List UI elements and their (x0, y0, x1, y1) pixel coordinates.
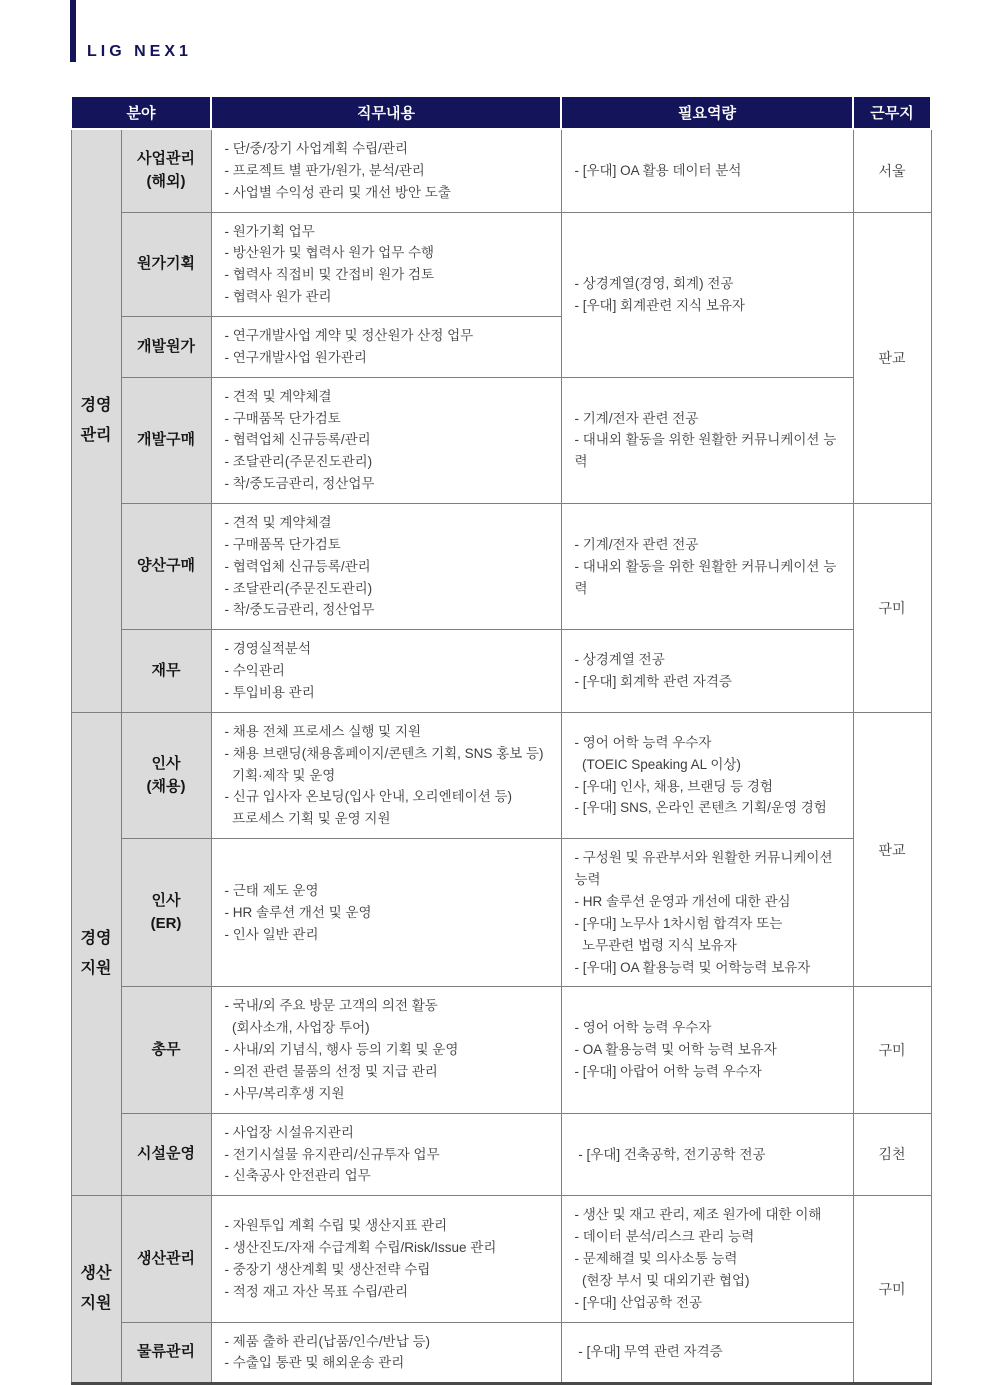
location-cell: 구미 (853, 987, 931, 1113)
field-group-management: 경영 관리 (71, 129, 121, 712)
table-row: 원가기획 - 원가기획 업무 - 방산원가 및 협력사 원가 업무 수행 - 협… (71, 212, 931, 316)
category-facility-operation: 시설운영 (121, 1113, 211, 1196)
table-row: 물류관리 - 제품 출하 관리(납품/인수/반납 등) - 수출입 통관 및 해… (71, 1322, 931, 1384)
category-general-affairs: 총무 (121, 987, 211, 1113)
job-cell: - 채용 전체 프로세스 실행 및 지원 - 채용 브랜딩(채용홈페이지/콘텐츠… (211, 712, 561, 838)
logo-accent-bar (70, 0, 76, 62)
skills-cell: - 영어 어학 능력 우수자 - OA 활용능력 및 어학 능력 보유자 - [… (561, 987, 853, 1113)
location-cell: 판교 (853, 212, 931, 503)
skills-cell: - 영어 어학 능력 우수자 (TOEIC Speaking AL 이상) - … (561, 712, 853, 838)
table-row: 경영 관리 사업관리 (해외) - 단/중/장기 사업계획 수립/관리 - 프로… (71, 129, 931, 212)
header-skills: 필요역량 (561, 96, 853, 129)
job-cell: - 사업장 시설유지관리 - 전기시설물 유지관리/신규투자 업무 - 신축공사… (211, 1113, 561, 1196)
category-logistics: 물류관리 (121, 1322, 211, 1384)
category-mass-production-purchasing: 양산구매 (121, 504, 211, 630)
job-cell: - 근태 제도 운영 - HR 솔루션 개선 및 운영 - 인사 일반 관리 (211, 839, 561, 987)
category-hr-er: 인사 (ER) (121, 839, 211, 987)
category-production-mgmt: 생산관리 (121, 1196, 211, 1322)
job-cell: - 단/중/장기 사업계획 수립/관리 - 프로젝트 별 판가/원가, 분석/관… (211, 129, 561, 212)
job-cell: - 경영실적분석 - 수익관리 - 투입비용 관리 (211, 630, 561, 713)
field-group-support: 경영 지원 (71, 712, 121, 1195)
job-cell: - 원가기획 업무 - 방산원가 및 협력사 원가 업무 수행 - 협력사 직접… (211, 212, 561, 316)
job-cell: - 국내/외 주요 방문 고객의 의전 활동 (회사소개, 사업장 투어) - … (211, 987, 561, 1113)
job-cell: - 견적 및 계약체결 - 구매품목 단가검토 - 협력업체 신규등록/관리 -… (211, 504, 561, 630)
skills-cell: - [우대] OA 활용 데이터 분석 (561, 129, 853, 212)
category-dev-cost: 개발원가 (121, 317, 211, 378)
job-cell: - 자원투입 계획 수립 및 생산지표 관리 - 생산진도/자재 수급계획 수립… (211, 1196, 561, 1322)
location-cell: 구미 (853, 1196, 931, 1384)
table-row: 양산구매 - 견적 및 계약체결 - 구매품목 단가검토 - 협력업체 신규등록… (71, 504, 931, 630)
location-cell: 서울 (853, 129, 931, 212)
job-postings-table: 분야 직무내용 필요역량 근무지 경영 관리 사업관리 (해외) - 단/중/장… (70, 95, 932, 1385)
job-cell: - 제품 출하 관리(납품/인수/반납 등) - 수출입 통관 및 해외운송 관… (211, 1322, 561, 1384)
header-location: 근무지 (853, 96, 931, 129)
header-field: 분야 (71, 96, 211, 129)
table-row: 재무 - 경영실적분석 - 수익관리 - 투입비용 관리 - 상경계열 전공 -… (71, 630, 931, 713)
table-row: 경영 지원 인사 (채용) - 채용 전체 프로세스 실행 및 지원 - 채용 … (71, 712, 931, 838)
table-row: 개발구매 - 견적 및 계약체결 - 구매품목 단가검토 - 협력업체 신규등록… (71, 377, 931, 503)
category-finance: 재무 (121, 630, 211, 713)
field-group-production: 생산 지원 (71, 1196, 121, 1384)
table-row: 총무 - 국내/외 주요 방문 고객의 의전 활동 (회사소개, 사업장 투어)… (71, 987, 931, 1113)
job-cell: - 견적 및 계약체결 - 구매품목 단가검토 - 협력업체 신규등록/관리 -… (211, 377, 561, 503)
location-cell: 구미 (853, 504, 931, 713)
skills-cell: - 생산 및 재고 관리, 제조 원가에 대한 이해 - 데이터 분석/리스크 … (561, 1196, 853, 1322)
skills-cell: - 구성원 및 유관부서와 원활한 커뮤니케이션 능력 - HR 솔루션 운영과… (561, 839, 853, 987)
category-biz-mgmt-overseas: 사업관리 (해외) (121, 129, 211, 212)
company-logo: LIG NEX1 (87, 43, 192, 61)
skills-cell: - [우대] 건축공학, 전기공학 전공 (561, 1113, 853, 1196)
skills-cell: - 상경계열 전공 - [우대] 회계학 관련 자격증 (561, 630, 853, 713)
job-cell: - 연구개발사업 계약 및 정산원가 산정 업무 - 연구개발사업 원가관리 (211, 317, 561, 378)
header-row: 분야 직무내용 필요역량 근무지 (71, 96, 931, 129)
category-dev-purchasing: 개발구매 (121, 377, 211, 503)
table-row: 인사 (ER) - 근태 제도 운영 - HR 솔루션 개선 및 운영 - 인사… (71, 839, 931, 987)
skills-cell: - 상경계열(경영, 회계) 전공 - [우대] 회계관련 지식 보유자 (561, 212, 853, 377)
table-row: 생산 지원 생산관리 - 자원투입 계획 수립 및 생산지표 관리 - 생산진도… (71, 1196, 931, 1322)
skills-cell: - [우대] 무역 관련 자격증 (561, 1322, 853, 1384)
skills-cell: - 기계/전자 관련 전공 - 대내외 활동을 위한 원활한 커뮤니케이션 능력 (561, 377, 853, 503)
location-cell: 김천 (853, 1113, 931, 1196)
table-row: 시설운영 - 사업장 시설유지관리 - 전기시설물 유지관리/신규투자 업무 -… (71, 1113, 931, 1196)
header-job: 직무내용 (211, 96, 561, 129)
category-hr-recruiting: 인사 (채용) (121, 712, 211, 838)
category-cost-planning: 원가기획 (121, 212, 211, 316)
location-cell: 판교 (853, 712, 931, 986)
skills-cell: - 기계/전자 관련 전공 - 대내외 활동을 위한 원활한 커뮤니케이션 능력 (561, 504, 853, 630)
